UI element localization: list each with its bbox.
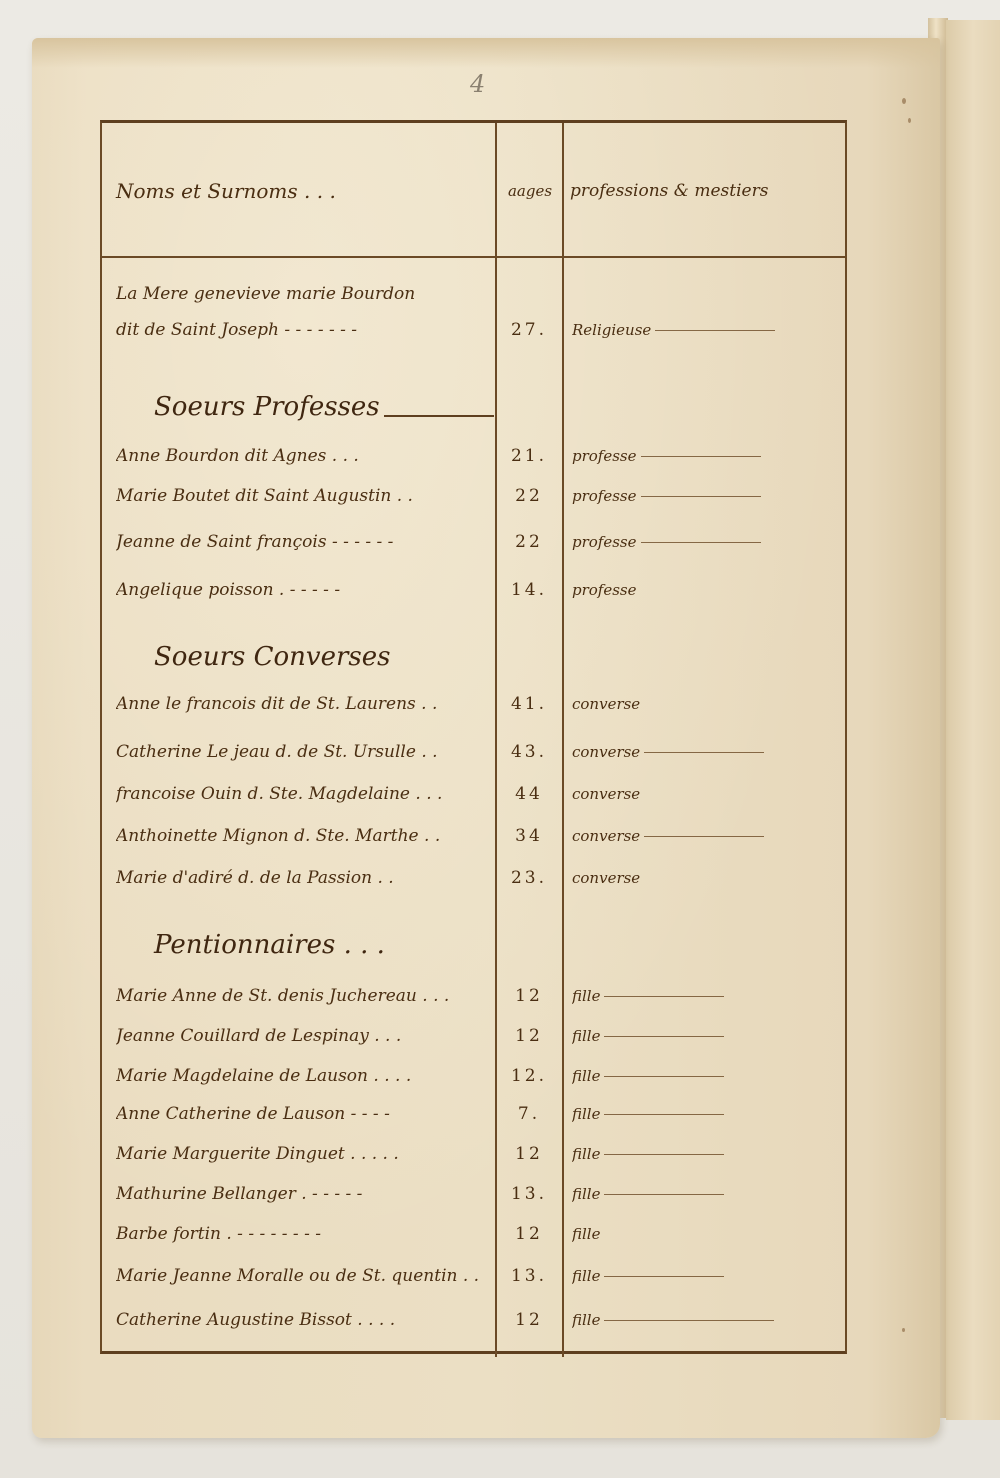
section-title-text: Soeurs Converses <box>154 642 391 672</box>
profession-text: fille <box>572 987 600 1005</box>
entry-name: Mathurine Bellanger . - - - - - <box>116 1175 494 1213</box>
trailing-stroke <box>604 1114 724 1115</box>
entry-profession: Religieuse <box>572 311 832 349</box>
table-row: Anne le francois dit de St. Laurens . . … <box>102 685 845 723</box>
profession-text: fille <box>572 1067 600 1085</box>
facing-page-edge <box>946 20 1000 1420</box>
table-row: Marie Anne de St. denis Juchereau . . . … <box>102 977 845 1015</box>
profession-text: converse <box>572 785 640 803</box>
head-entry-line1: La Mere genevieve marie Bourdon <box>102 275 845 313</box>
entry-age: 12 <box>498 1135 560 1173</box>
entry-age: 7. <box>498 1095 560 1133</box>
section-title-pentionnaires: Pentionnaires . . . <box>154 923 385 967</box>
underline-stroke <box>384 415 494 417</box>
trailing-stroke <box>641 496 761 497</box>
table-row: Anthoinette Mignon d. Ste. Marthe . . 34… <box>102 817 845 855</box>
ink-stain <box>902 1328 905 1332</box>
entry-profession: fille <box>572 1301 832 1339</box>
entry-name: Barbe fortin . - - - - - - - - <box>116 1215 494 1253</box>
table-row: Catherine Le jeau d. de St. Ursulle . . … <box>102 733 845 771</box>
profession-text: fille <box>572 1145 600 1163</box>
entry-profession: converse <box>572 817 832 855</box>
entry-name: Marie Magdelaine de Lauson . . . . <box>116 1057 494 1095</box>
profession-text: fille <box>572 1225 600 1243</box>
entry-age: 12 <box>498 1301 560 1339</box>
entry-profession: converse <box>572 859 832 897</box>
trailing-stroke <box>644 836 764 837</box>
table-row: Marie Boutet dit Saint Augustin . . 22 p… <box>102 477 845 515</box>
table-row: Anne Catherine de Lauson - - - - 7. fill… <box>102 1095 845 1133</box>
profession-text: converse <box>572 743 640 761</box>
entry-profession: fille <box>572 977 832 1015</box>
profession-text: fille <box>572 1105 600 1123</box>
profession-text: professe <box>572 487 637 505</box>
register-table: Noms et Surnoms . . . aages professions … <box>100 120 847 1354</box>
trailing-stroke <box>641 456 761 457</box>
entry-profession: professe <box>572 523 832 561</box>
entry-age: 12 <box>498 1215 560 1253</box>
entry-name: Marie d'adiré d. de la Passion . . <box>116 859 494 897</box>
entry-age: 27. <box>498 311 560 349</box>
entry-profession: converse <box>572 775 832 813</box>
entry-name: Anne le francois dit de St. Laurens . . <box>116 685 494 723</box>
entry-name: Marie Boutet dit Saint Augustin . . <box>116 477 494 515</box>
entry-name: La Mere genevieve marie Bourdon <box>116 275 494 313</box>
table-row: Marie Magdelaine de Lauson . . . . 12. f… <box>102 1057 845 1095</box>
entry-name: francoise Ouin d. Ste. Magdelaine . . . <box>116 775 494 813</box>
entry-name: Marie Jeanne Moralle ou de St. quentin .… <box>116 1257 494 1295</box>
header-ages: aages <box>500 161 560 221</box>
profession-text: fille <box>572 1027 600 1045</box>
header-names: Noms et Surnoms . . . <box>116 161 486 221</box>
profession-text: converse <box>572 695 640 713</box>
trailing-stroke <box>655 330 775 331</box>
table-row: Angelique poisson . - - - - - 14. profes… <box>102 571 845 609</box>
trailing-stroke <box>604 996 724 997</box>
trailing-stroke <box>604 1076 724 1077</box>
entry-age: 12 <box>498 977 560 1015</box>
entry-name: Anne Bourdon dit Agnes . . . <box>116 437 494 475</box>
table-row: Marie d'adiré d. de la Passion . . 23. c… <box>102 859 845 897</box>
table-row: Barbe fortin . - - - - - - - - 12 fille <box>102 1215 845 1253</box>
entry-age: 13. <box>498 1257 560 1295</box>
trailing-stroke <box>644 752 764 753</box>
entry-profession: professe <box>572 437 832 475</box>
entry-profession: fille <box>572 1257 832 1295</box>
entry-profession: fille <box>572 1057 832 1095</box>
profession-text: Religieuse <box>572 321 651 339</box>
entry-age: 12. <box>498 1057 560 1095</box>
entry-age: 34 <box>498 817 560 855</box>
entry-age: 41. <box>498 685 560 723</box>
entry-age: 22 <box>498 523 560 561</box>
profession-text: converse <box>572 827 640 845</box>
header-professions: professions & mestiers <box>570 161 842 221</box>
table-row: Jeanne Couillard de Lespinay . . . 12 fi… <box>102 1017 845 1055</box>
entry-age: 22 <box>498 477 560 515</box>
entry-profession: fille <box>572 1095 832 1133</box>
entry-name: Marie Marguerite Dinguet . . . . . <box>116 1135 494 1173</box>
profession-text: fille <box>572 1267 600 1285</box>
entry-age: 43. <box>498 733 560 771</box>
profession-text: professe <box>572 581 637 599</box>
table-row: francoise Ouin d. Ste. Magdelaine . . . … <box>102 775 845 813</box>
entry-profession: fille <box>572 1017 832 1055</box>
entry-age: 23. <box>498 859 560 897</box>
trailing-stroke <box>604 1276 724 1277</box>
folio-number: 4 <box>470 70 485 98</box>
table-row: Jeanne de Saint françois - - - - - - 22 … <box>102 523 845 561</box>
entry-name: Anne Catherine de Lauson - - - - <box>116 1095 494 1133</box>
head-entry-line2: dit de Saint Joseph - - - - - - - 27. Re… <box>102 311 845 349</box>
section-title-converses: Soeurs Converses <box>154 635 391 679</box>
table-row: Marie Jeanne Moralle ou de St. quentin .… <box>102 1257 845 1295</box>
profession-text: fille <box>572 1185 600 1203</box>
entry-name: Angelique poisson . - - - - - <box>116 571 494 609</box>
entry-name: dit de Saint Joseph - - - - - - - <box>116 311 494 349</box>
header-rule <box>102 256 845 258</box>
table-row: Anne Bourdon dit Agnes . . . 21. profess… <box>102 437 845 475</box>
section-title-text: Pentionnaires . . . <box>154 930 385 960</box>
section-title-text: Soeurs Professes <box>154 392 380 422</box>
profession-text: fille <box>572 1311 600 1329</box>
entry-age: 44 <box>498 775 560 813</box>
table-row: Catherine Augustine Bissot . . . . 12 fi… <box>102 1301 845 1339</box>
entry-profession: professe <box>572 571 832 609</box>
profession-text: professe <box>572 447 637 465</box>
entry-name: Catherine Augustine Bissot . . . . <box>116 1301 494 1339</box>
profession-text: professe <box>572 533 637 551</box>
profession-text: converse <box>572 869 640 887</box>
entry-name: Jeanne de Saint françois - - - - - - <box>116 523 494 561</box>
entry-profession: converse <box>572 685 832 723</box>
trailing-stroke <box>641 542 761 543</box>
entry-profession: fille <box>572 1215 832 1253</box>
table-row: Marie Marguerite Dinguet . . . . . 12 fi… <box>102 1135 845 1173</box>
table-row: Mathurine Bellanger . - - - - - 13. fill… <box>102 1175 845 1213</box>
entry-age: 14. <box>498 571 560 609</box>
ink-stain <box>902 98 906 104</box>
entry-profession: fille <box>572 1135 832 1173</box>
trailing-stroke <box>604 1194 724 1195</box>
entry-name: Anthoinette Mignon d. Ste. Marthe . . <box>116 817 494 855</box>
entry-age: 12 <box>498 1017 560 1055</box>
entry-name: Jeanne Couillard de Lespinay . . . <box>116 1017 494 1055</box>
entry-profession: converse <box>572 733 832 771</box>
trailing-stroke <box>604 1036 724 1037</box>
entry-profession: professe <box>572 477 832 515</box>
trailing-stroke <box>604 1320 774 1321</box>
trailing-stroke <box>604 1154 724 1155</box>
ink-stain <box>908 118 911 123</box>
entry-age: 13. <box>498 1175 560 1213</box>
section-title-professes: Soeurs Professes <box>154 385 494 429</box>
entry-name: Marie Anne de St. denis Juchereau . . . <box>116 977 494 1015</box>
entry-name: Catherine Le jeau d. de St. Ursulle . . <box>116 733 494 771</box>
entry-age: 21. <box>498 437 560 475</box>
entry-profession: fille <box>572 1175 832 1213</box>
